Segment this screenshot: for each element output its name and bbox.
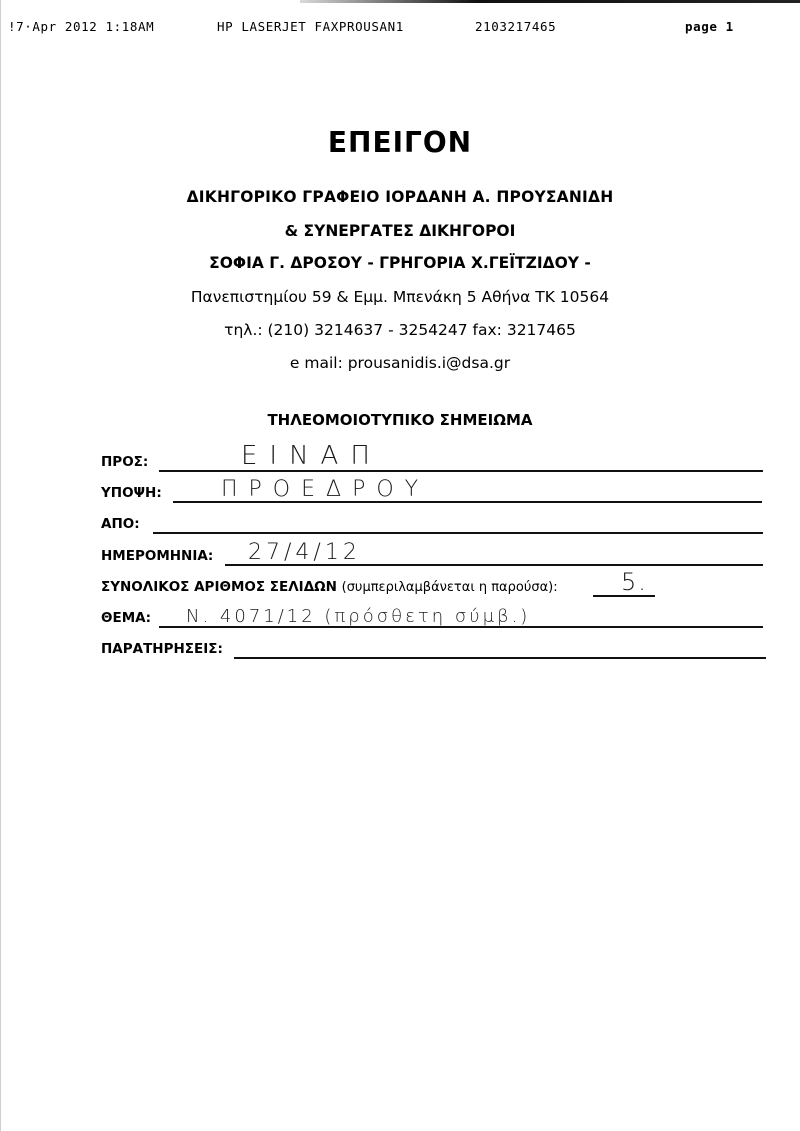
attention-value: ΠΡΟΕΔΡΟΥ <box>221 477 429 502</box>
remarks-label: ΠΑΡΑΤΗΡΗΣΕΙΣ: <box>101 641 223 657</box>
total-pages-value: 5. <box>621 568 648 596</box>
firm-partners: & ΣΥΝΕΡΓΑΤΕΣ ΔΙΚΗΓΟΡΟΙ <box>0 222 800 240</box>
firm-phones: τηλ.: (210) 3214637 - 3254247 fax: 32174… <box>0 321 800 339</box>
fax-page: !7·Apr 2012 1:18AM HP LASERJET FAXPROUSA… <box>0 0 800 1131</box>
to-value: ΕΙΝΑΠ <box>241 441 382 471</box>
fax-page-number: page 1 <box>685 19 734 34</box>
date-label: ΗΜΕΡΟΜΗΝΙΑ: <box>101 548 213 564</box>
date-value: 27/4/12 <box>248 540 361 565</box>
firm-address: Πανεπιστημίου 59 & Εμμ. Μπενάκη 5 Αθήνα … <box>0 288 800 306</box>
from-label: ΑΠΟ: <box>101 516 140 532</box>
scan-edge-top <box>300 0 800 3</box>
subject-value: Ν. 4071/12 (πρόσθετη σύμβ.) <box>186 606 530 627</box>
fax-datetime: !7·Apr 2012 1:18AM <box>8 19 154 34</box>
total-pages-label: ΣΥΝΟΛΙΚΟΣ ΑΡΙΘΜΟΣ ΣΕΛΙΔΩΝ (συμπεριλαμβάν… <box>101 579 558 595</box>
scan-edge-left <box>0 0 1 1131</box>
fax-transmission-header: !7·Apr 2012 1:18AM HP LASERJET FAXPROUSA… <box>4 19 800 35</box>
fax-device-name: HP LASERJET FAXPROUSAN1 <box>217 19 404 34</box>
total-pages-label-text: ΣΥΝΟΛΙΚΟΣ ΑΡΙΘΜΟΣ ΣΕΛΙΔΩΝ <box>101 579 337 595</box>
total-pages-note: (συμπεριλαμβάνεται η παρούσα): <box>342 580 558 595</box>
remarks-line <box>234 657 766 659</box>
firm-email: e mail: prousanidis.i@dsa.gr <box>0 354 800 372</box>
fax-number: 2103217465 <box>475 19 556 34</box>
firm-name: ΔΙΚΗΓΟΡΙΚΟ ΓΡΑΦΕΙΟ ΙΟΡΔΑΝΗ Α. ΠΡΟΥΣΑΝΙΔΗ <box>0 188 800 206</box>
urgent-title: ΕΠΕΙΓΟΝ <box>0 126 800 159</box>
subject-label: ΘΕΜΑ: <box>101 610 151 626</box>
attention-label: ΥΠΟΨΗ: <box>101 485 162 501</box>
from-line <box>153 532 763 534</box>
to-label: ΠΡΟΣ: <box>101 454 148 470</box>
memo-title: ΤΗΛΕΟΜΟΙΟΤΥΠΙΚΟ ΣΗΜΕΙΩΜΑ <box>0 411 800 429</box>
firm-lawyers: ΣΟΦΙΑ Γ. ΔΡΟΣΟΥ - ΓΡΗΓΟΡΙΑ Χ.ΓΕΪΤΖΙΔΟΥ - <box>0 254 800 272</box>
